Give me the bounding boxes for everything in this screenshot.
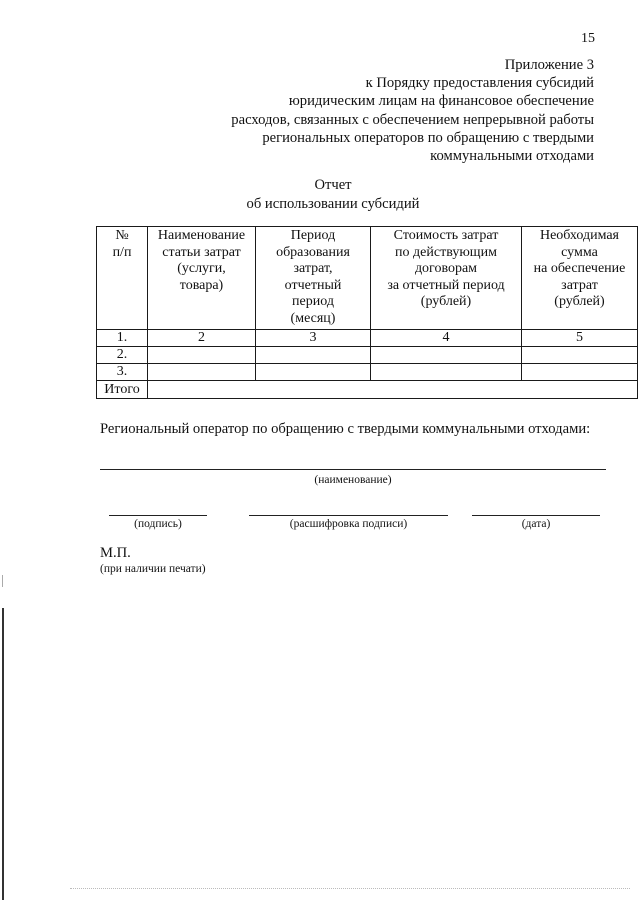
table-row: 2. (97, 347, 638, 364)
table-cell: 1. (97, 330, 148, 347)
stamp-label: М.П. (100, 545, 131, 562)
subsidy-report-table: № п/п Наименование статьи затрат (услуги… (96, 226, 638, 399)
header-cell-period: Период образования затрат, отчетный пери… (256, 227, 371, 330)
table-cell (256, 347, 371, 364)
appendix-line: к Порядку предоставления субсидий (154, 74, 594, 92)
table-cell (522, 347, 638, 364)
table-cell (148, 364, 256, 381)
table-cell: 2 (148, 330, 256, 347)
header-cell-item-name: Наименование статьи затрат (услуги, това… (148, 227, 256, 330)
header-cell-contract-cost: Стоимость затрат по действующим договора… (371, 227, 522, 330)
report-title-line2: об использовании субсидий (36, 195, 630, 214)
table-cell (148, 347, 256, 364)
header-cell-number: № п/п (97, 227, 148, 330)
appendix-line: расходов, связанных с обеспечением непре… (154, 111, 594, 129)
table-cell: 4 (371, 330, 522, 347)
stamp-note: (при наличии печати) (100, 563, 206, 575)
table-cell: 3. (97, 364, 148, 381)
table-cell: 5 (522, 330, 638, 347)
appendix-line: Приложение 3 (154, 56, 594, 74)
scan-edge-mark (2, 575, 3, 587)
page-number: 15 (581, 31, 595, 47)
table-header-row: № п/п Наименование статьи затрат (услуги… (97, 227, 638, 330)
date-caption: (дата) (472, 518, 600, 530)
table-cell (522, 364, 638, 381)
table-total-row: Итого (97, 381, 638, 399)
header-cell-required-sum: Необходимая сумма на обеспечение затрат … (522, 227, 638, 330)
signature-line (109, 515, 207, 516)
table-cell (371, 364, 522, 381)
scan-edge-line (2, 608, 4, 900)
date-line (472, 515, 600, 516)
appendix-line: коммунальными отходами (154, 147, 594, 165)
appendix-line: юридическим лицам на финансовое обеспече… (154, 92, 594, 110)
scan-footer-noise (70, 888, 630, 889)
appendix-header: Приложение 3 к Порядку предоставления су… (154, 56, 594, 165)
appendix-line: региональных операторов по обращению с т… (154, 129, 594, 147)
report-title: Отчет об использовании субсидий (90, 176, 630, 213)
table-cell: 3 (256, 330, 371, 347)
report-title-line1: Отчет (36, 176, 630, 195)
signature-caption: (подпись) (109, 518, 207, 530)
total-label: Итого (97, 381, 148, 399)
signature-decode-line (249, 515, 448, 516)
table-row: 3. (97, 364, 638, 381)
table-cell (371, 347, 522, 364)
table-cell: 2. (97, 347, 148, 364)
table-row-column-numbers: 1. 2 3 4 5 (97, 330, 638, 347)
total-value (148, 381, 638, 399)
table-cell (256, 364, 371, 381)
name-signature-line (100, 469, 606, 470)
signature-decode-caption: (расшифровка подписи) (249, 518, 448, 530)
operator-label: Региональный оператор по обращению с тве… (100, 421, 590, 438)
name-caption: (наименование) (100, 474, 606, 486)
